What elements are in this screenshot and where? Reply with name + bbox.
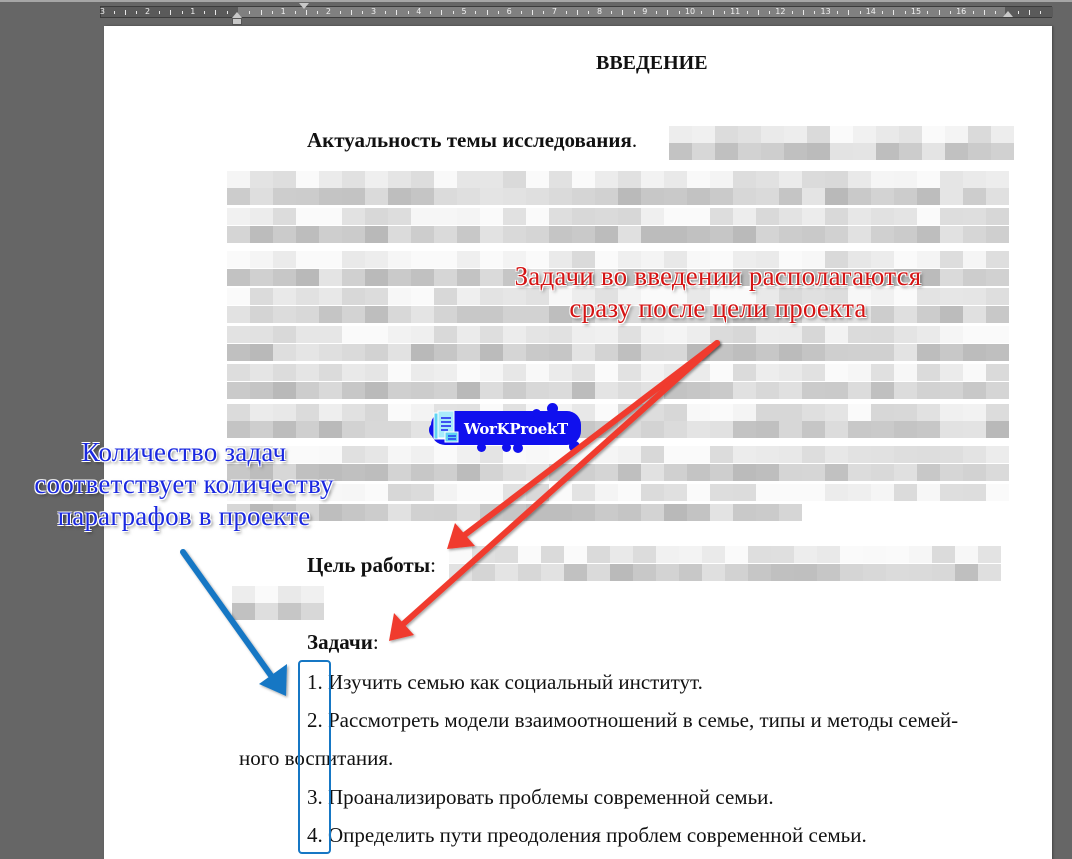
goal-label: Цель работы: [307, 553, 430, 577]
relevance-line: Актуальность темы исследования.: [307, 128, 637, 153]
ruler-tick: [1018, 11, 1019, 14]
ruler-tick: [159, 11, 160, 14]
ruler-tick: [724, 11, 725, 14]
ruler-tick: [351, 10, 352, 15]
workproekt-watermark: WorKProekT: [427, 403, 587, 455]
tasks-label: Задачи: [307, 630, 373, 654]
document-stack-icon: [433, 410, 459, 446]
ruler-tick: [453, 11, 454, 14]
ruler-tick: [848, 10, 849, 15]
ruler-tick: [1029, 10, 1030, 15]
blurred-text-row: [449, 564, 1009, 581]
blue-callout: Количество задач соответствует количеств…: [14, 436, 354, 532]
blurred-text-row: [227, 404, 1017, 421]
blurred-text-row: [232, 586, 332, 603]
ruler-tick: [747, 11, 748, 14]
ruler-tick: [385, 11, 386, 14]
ruler-number: 3: [100, 6, 105, 18]
blurred-text-row: [669, 143, 1014, 160]
red-callout: Задачи во введении располагаются сразу п…: [488, 260, 948, 324]
ruler-tick: [521, 11, 522, 14]
ruler-tick: [577, 10, 578, 15]
task-item-3: 3. Проанализировать проблемы современной…: [307, 785, 774, 810]
ruler-tick: [837, 11, 838, 14]
ruler-tick: [136, 11, 137, 14]
ruler-tick: [340, 11, 341, 14]
ruler-number: 14: [866, 6, 876, 18]
blurred-text-row: [227, 326, 1017, 343]
ruler-tick: [249, 11, 250, 14]
ruler-tick: [860, 11, 861, 14]
watermark-text: WorKProekT: [464, 420, 568, 438]
ruler-tick: [905, 11, 906, 14]
ruler-tick: [667, 10, 668, 15]
ruler-tick: [803, 10, 804, 15]
ruler-tick: [261, 10, 262, 15]
left-indent-marker[interactable]: [232, 12, 242, 24]
ruler-tick: [622, 10, 623, 15]
ruler-number: 1: [190, 6, 195, 18]
ruler-tick: [317, 11, 318, 14]
blurred-text-row: [449, 546, 1009, 563]
ruler-tick: [272, 11, 273, 14]
page-heading: ВВЕДЕНИЕ: [596, 52, 708, 75]
relevance-label: Актуальность темы исследования: [307, 128, 632, 152]
ruler-tick: [475, 11, 476, 14]
blurred-text-row: [227, 171, 1017, 188]
ruler-tick: [792, 11, 793, 14]
ruler-number: 6: [507, 6, 512, 18]
blurred-text-row: [227, 344, 1017, 361]
ruler-number: 7: [552, 6, 557, 18]
ruler-number: 16: [956, 6, 966, 18]
blurred-text-row: [669, 126, 1014, 143]
ruler-tick: [882, 11, 883, 14]
task-text: Изучить семью как социальный институт.: [328, 670, 703, 694]
ruler-tick: [566, 11, 567, 14]
ruler-tick: [769, 11, 770, 14]
ruler-number: 10: [685, 6, 695, 18]
blurred-text-row: [227, 364, 1017, 381]
window-top-border: [0, 0, 1072, 2]
ruler-tick: [814, 11, 815, 14]
ruler-tick: [984, 10, 985, 15]
red-callout-line-1: Задачи во введении располагаются: [488, 260, 948, 292]
blurred-text-row: [232, 603, 332, 620]
ruler-tick: [532, 10, 533, 15]
ruler-tick: [227, 11, 228, 14]
ruler-number: 13: [821, 6, 831, 18]
ruler-tick: [588, 11, 589, 14]
ruler-tick: [543, 11, 544, 14]
blue-callout-line-2: соответствует количеству: [14, 468, 354, 500]
task-item-4: 4. Определить пути преодоления проблем с…: [307, 823, 867, 848]
blue-callout-line-1: Количество задач: [14, 436, 354, 468]
ruler-tick: [441, 10, 442, 15]
ruler-number: 11: [730, 6, 740, 18]
horizontal-ruler[interactable]: 32112345678910111213141516: [100, 6, 1052, 18]
ruler-tick: [408, 11, 409, 14]
ruler-tick: [114, 11, 115, 14]
ruler-tick: [973, 11, 974, 14]
ruler-tick: [701, 11, 702, 14]
ruler-tick: [939, 10, 940, 15]
goal-punct: :: [430, 553, 436, 577]
blurred-text-row: [227, 208, 1017, 225]
task-text: Проанализировать проблемы современной се…: [328, 785, 774, 809]
blurred-text-row: [227, 188, 1017, 205]
ruler-number: 12: [775, 6, 785, 18]
blue-callout-line-3: параграфов в проекте: [14, 500, 354, 532]
ruler-tick: [995, 11, 996, 14]
task-numbers-highlight-box: [298, 660, 331, 854]
ruler-tick: [430, 11, 431, 14]
ruler-number: 9: [642, 6, 647, 18]
ruler-tick: [396, 10, 397, 15]
ruler-tick: [893, 10, 894, 15]
ruler-tick: [487, 10, 488, 15]
ruler-number: 8: [597, 6, 602, 18]
ruler-tick: [950, 11, 951, 14]
task-text: Рассмотреть модели взаимоотношений в сем…: [328, 708, 958, 732]
ruler-number: 2: [145, 6, 150, 18]
ruler-tick: [362, 11, 363, 14]
ruler-number: 3: [371, 6, 376, 18]
ruler-tick: [634, 11, 635, 14]
ruler-tick: [498, 11, 499, 14]
ruler-tick: [679, 11, 680, 14]
ruler-tick: [125, 10, 126, 15]
ruler-tick: [656, 11, 657, 14]
ruler-number: 1: [281, 6, 286, 18]
ruler-tick: [215, 10, 216, 15]
ruler-number: 4: [416, 6, 421, 18]
ruler-tick: [758, 10, 759, 15]
relevance-punct: .: [632, 128, 637, 152]
tasks-punct: :: [373, 630, 379, 654]
right-indent-marker[interactable]: [1003, 11, 1013, 17]
ruler-number: 5: [461, 6, 466, 18]
task-item-2: 2. Рассмотреть модели взаимоотношений в …: [307, 708, 958, 733]
ruler-tick: [295, 11, 296, 14]
task-text: Определить пути преодоления проблем совр…: [328, 823, 867, 847]
blurred-text-row: [227, 226, 1017, 243]
ruler-tick: [927, 11, 928, 14]
blurred-text-row: [227, 382, 1017, 399]
task-item-1: 1. Изучить семью как социальный институт…: [307, 670, 703, 695]
ruler-number: 2: [326, 6, 331, 18]
ruler-tick: [1040, 11, 1041, 14]
ruler-tick: [713, 10, 714, 15]
ruler-tick: [306, 10, 307, 15]
ruler-tick: [204, 11, 205, 14]
ruler-tick: [182, 11, 183, 14]
tasks-line: Задачи:: [307, 630, 379, 655]
first-line-indent-marker[interactable]: [299, 3, 309, 9]
ruler-tick: [611, 11, 612, 14]
ruler-tick: [170, 10, 171, 15]
goal-line: Цель работы:: [307, 553, 436, 578]
ruler-number: 15: [911, 6, 921, 18]
red-callout-line-2: сразу после цели проекта: [488, 292, 948, 324]
